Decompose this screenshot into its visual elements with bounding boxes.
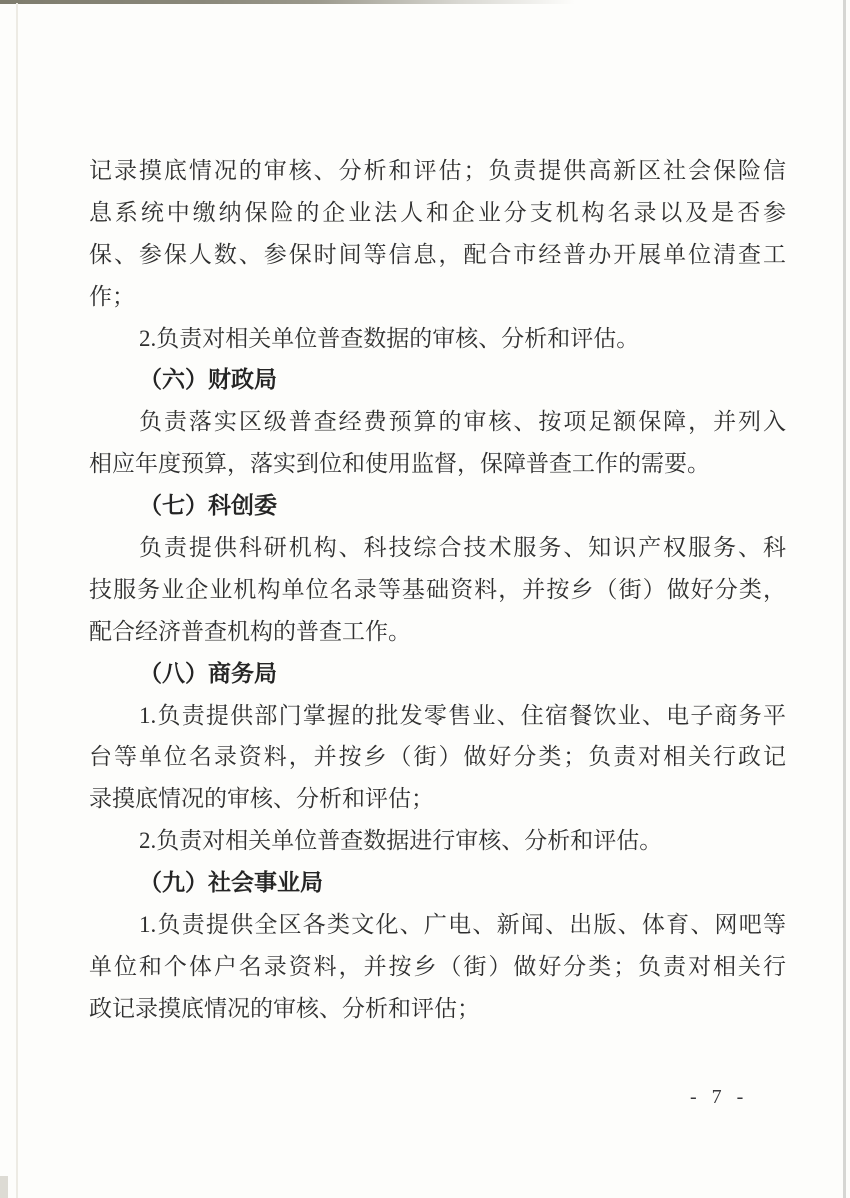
page-left-edge: [16, 3, 18, 1198]
heading-line: （八）商务局: [89, 653, 786, 695]
page-number: - 7 -: [690, 1086, 748, 1108]
body-line: 台等单位名录资料，并按乡（街）做好分类；负责对相关行政记: [89, 736, 786, 778]
body-line: 2.负责对相关单位普查数据进行审核、分析和评估。: [89, 820, 786, 862]
scan-corner-mark: [0, 1176, 8, 1198]
page-right-edge: [843, 0, 846, 1198]
body-line: 配合经济普查机构的普查工作。: [89, 611, 786, 653]
body-line: 相应年度预算，落实到位和使用监督，保障普查工作的需要。: [89, 443, 786, 485]
heading-line: （六）财政局: [89, 359, 786, 401]
document-page: 记录摸底情况的审核、分析和评估；负责提供高新区社会保险信息系统中缴纳保险的企业法…: [0, 0, 850, 1198]
body-line: 负责落实区级普查经费预算的审核、按项足额保障，并列入: [89, 401, 786, 443]
body-line: 2.负责对相关单位普查数据的审核、分析和评估。: [89, 318, 786, 360]
body-line: 息系统中缴纳保险的企业法人和企业分支机构名录以及是否参: [89, 192, 786, 234]
body-line: 政记录摸底情况的审核、分析和评估；: [89, 988, 786, 1030]
body-line: 负责提供科研机构、科技综合技术服务、知识产权服务、科: [89, 527, 786, 569]
heading-line: （七）科创委: [89, 485, 786, 527]
body-line: 单位和个体户名录资料，并按乡（街）做好分类；负责对相关行: [89, 946, 786, 988]
body-line: 作；: [89, 276, 786, 318]
body-line: 技服务业企业机构单位名录等基础资料，并按乡（街）做好分类，: [89, 569, 786, 611]
body-line: 录摸底情况的审核、分析和评估；: [89, 778, 786, 820]
document-body: 记录摸底情况的审核、分析和评估；负责提供高新区社会保险信息系统中缴纳保险的企业法…: [89, 150, 786, 1030]
body-line: 1.负责提供全区各类文化、广电、新闻、出版、体育、网吧等: [89, 904, 786, 946]
body-line: 记录摸底情况的审核、分析和评估；负责提供高新区社会保险信: [89, 150, 786, 192]
body-line: 保、参保人数、参保时间等信息，配合市经普办开展单位清查工: [89, 234, 786, 276]
scan-top-shadow: [0, 0, 575, 4]
body-line: 1.负责提供部门掌握的批发零售业、住宿餐饮业、电子商务平: [89, 695, 786, 737]
heading-line: （九）社会事业局: [89, 862, 786, 904]
